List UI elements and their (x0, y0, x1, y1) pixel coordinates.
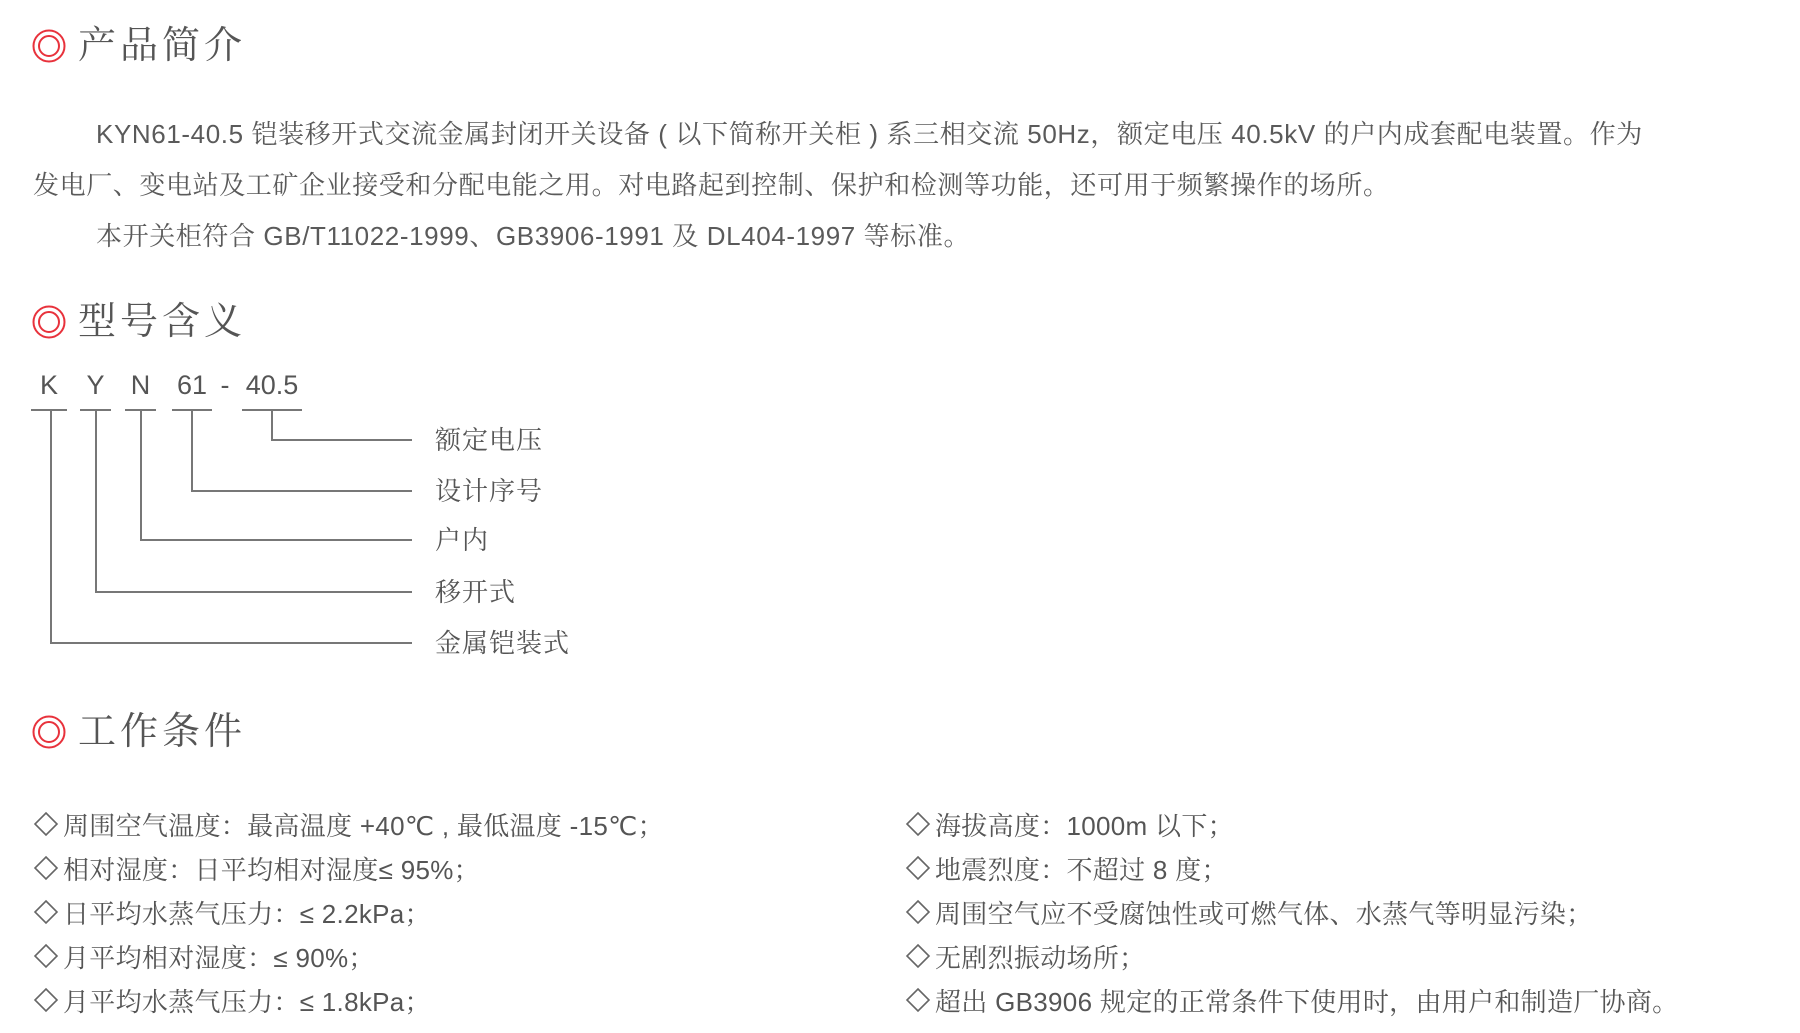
stem-y (95, 410, 97, 593)
leader-k (50, 642, 412, 644)
section-title: 产品简介 (78, 24, 246, 68)
condition-text: 相对湿度：日平均相对湿度≤ 95%； (63, 850, 480, 887)
underline-k (31, 409, 67, 411)
condition-item: 无剧烈振动场所； (905, 934, 1678, 978)
meaning-withdrawable: 移开式 (435, 575, 516, 609)
section-heading-intro: 产品简介 (32, 24, 246, 68)
stem-k (50, 410, 52, 644)
condition-item: 超出 GB3906 规定的正常条件下使用时，由用户和制造厂协商。 (905, 978, 1678, 1022)
condition-item: 海拔高度：1000m 以下； (905, 802, 1678, 846)
section-title: 型号含义 (78, 300, 246, 344)
condition-text: 地震烈度：不超过 8 度； (935, 850, 1228, 887)
leader-y (95, 591, 412, 593)
meaning-metal-clad: 金属铠装式 (435, 626, 570, 660)
meaning-indoor: 户内 (435, 523, 489, 557)
model-code-n: N (125, 368, 156, 402)
diamond-icon (33, 855, 59, 881)
condition-item: 相对湿度：日平均相对湿度≤ 95%； (33, 846, 664, 890)
model-code-40-5: 40.5 (242, 368, 302, 402)
condition-item: 月平均水蒸气压力：≤ 1.8kPa； (33, 978, 664, 1022)
diamond-icon (905, 855, 931, 881)
diamond-icon (905, 987, 931, 1013)
diamond-icon (905, 943, 931, 969)
condition-text: 周围空气温度：最高温度 +40℃ , 最低温度 -15℃； (63, 806, 664, 843)
condition-item: 周围空气温度：最高温度 +40℃ , 最低温度 -15℃； (33, 802, 664, 846)
section-heading-model: 型号含义 (32, 300, 246, 344)
condition-text: 周围空气应不受腐蚀性或可燃气体、水蒸气等明显污染； (935, 894, 1593, 931)
stem-40-5 (271, 410, 273, 440)
model-code-61: 61 (172, 368, 212, 402)
conditions-left-column: 周围空气温度：最高温度 +40℃ , 最低温度 -15℃； 相对湿度：日平均相对… (33, 802, 664, 1022)
leader-n (140, 539, 412, 541)
section-heading-conditions: 工作条件 (32, 710, 246, 754)
conditions-right-column: 海拔高度：1000m 以下； 地震烈度：不超过 8 度； 周围空气应不受腐蚀性或… (905, 802, 1678, 1022)
diamond-icon (33, 899, 59, 925)
double-circle-icon (32, 305, 66, 339)
stem-n (140, 410, 142, 541)
condition-text: 日平均水蒸气压力：≤ 2.2kPa； (63, 894, 431, 931)
intro-paragraph-line-3: 本开关柜符合 GB/T11022-1999、GB3906-1991 及 DL40… (33, 211, 1800, 262)
intro-paragraph-line-1: KYN61-40.5 铠装移开式交流金属封闭开关设备 ( 以下简称开关柜 ) 系… (33, 109, 1800, 160)
condition-item: 周围空气应不受腐蚀性或可燃气体、水蒸气等明显污染； (905, 890, 1678, 934)
meaning-design-serial: 设计序号 (435, 474, 543, 508)
diamond-icon (905, 811, 931, 837)
diamond-icon (33, 987, 59, 1013)
double-circle-icon (32, 29, 66, 63)
condition-text: 超出 GB3906 规定的正常条件下使用时，由用户和制造厂协商。 (935, 982, 1678, 1019)
section-title: 工作条件 (78, 710, 246, 754)
model-code-dash: - (218, 368, 232, 402)
double-circle-icon (32, 715, 66, 749)
leader-40-5 (271, 439, 412, 441)
model-code-k: K (31, 368, 67, 402)
diamond-icon (905, 899, 931, 925)
diamond-icon (33, 943, 59, 969)
stem-61 (191, 410, 193, 492)
condition-item: 日平均水蒸气压力：≤ 2.2kPa； (33, 890, 664, 934)
leader-61 (191, 490, 412, 492)
condition-item: 地震烈度：不超过 8 度； (905, 846, 1678, 890)
intro-paragraph-line-2: 发电厂、变电站及工矿企业接受和分配电能之用。对电路起到控制、保护和检测等功能，还… (33, 160, 1783, 211)
condition-text: 月平均相对湿度：≤ 90%； (63, 938, 375, 975)
model-code-y: Y (80, 368, 111, 402)
condition-text: 月平均水蒸气压力：≤ 1.8kPa； (63, 982, 431, 1019)
diamond-icon (33, 811, 59, 837)
condition-item: 月平均相对湿度：≤ 90%； (33, 934, 664, 978)
condition-text: 海拔高度：1000m 以下； (935, 806, 1234, 843)
meaning-rated-voltage: 额定电压 (435, 423, 543, 457)
condition-text: 无剧烈振动场所； (935, 938, 1145, 975)
